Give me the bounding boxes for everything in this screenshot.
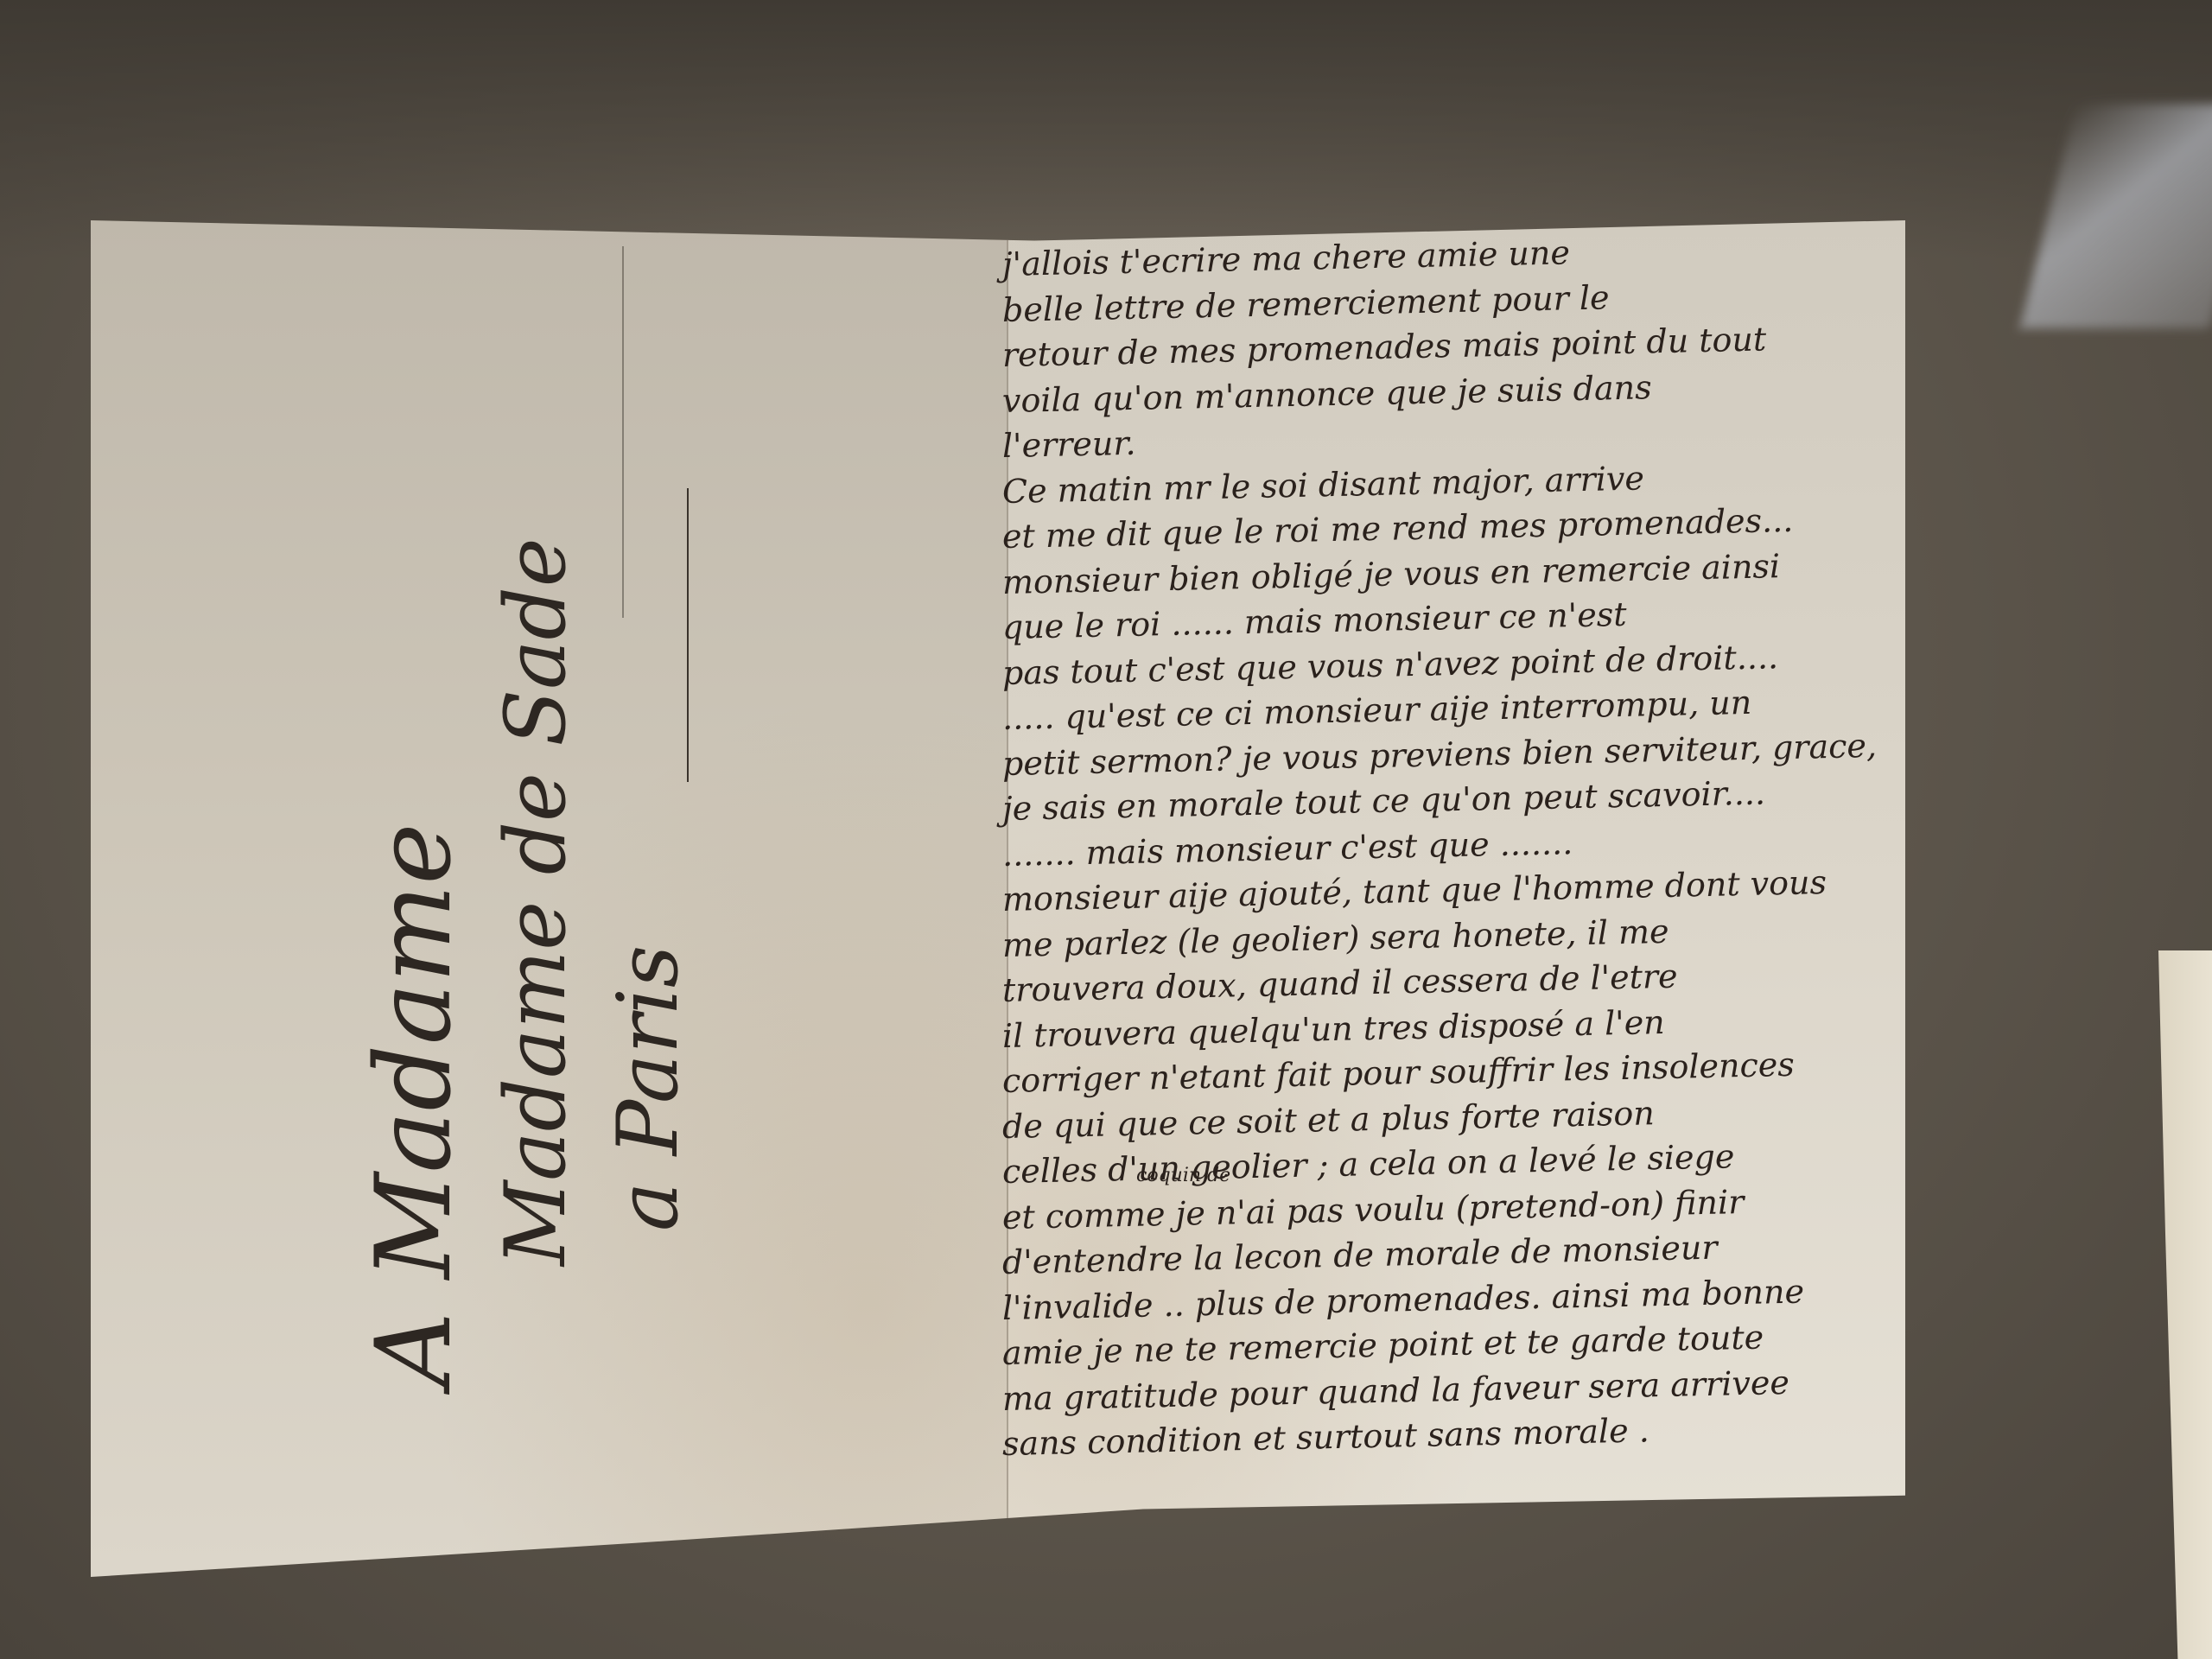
address-underline (687, 488, 689, 782)
address-page: A Madame Madame de Sade a Paris (91, 220, 1007, 1577)
letter-body: j'allois t'ecrire ma chere amie une bell… (1002, 242, 1832, 1467)
address-block: A Madame Madame de Sade a Paris (350, 537, 704, 1387)
adjacent-document-edge (2158, 950, 2212, 1659)
interlinear-insertion: coquin de (1136, 1165, 1230, 1186)
address-line: A Madame (350, 537, 480, 1387)
display-case-shadow (0, 0, 2212, 259)
address-line: Madame de Sade (480, 537, 592, 1266)
